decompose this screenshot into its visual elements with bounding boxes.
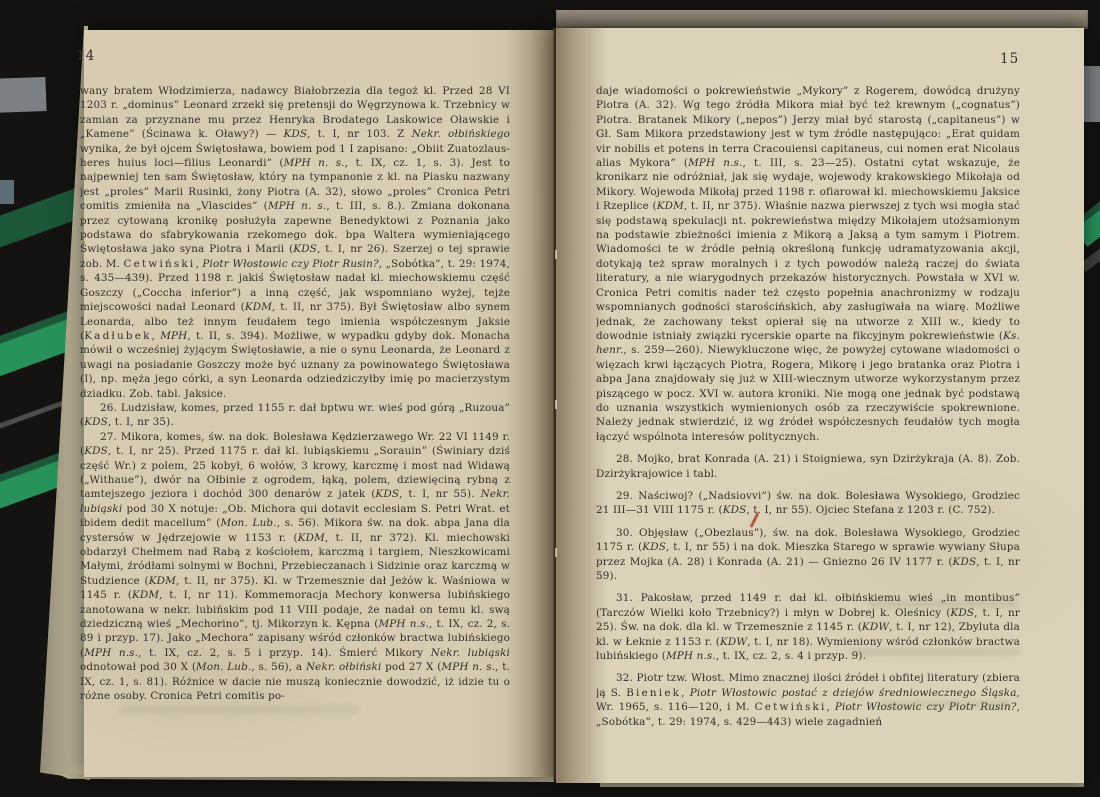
- left-page-text: wany bratem Włodzimierza, nadawcy Białob…: [80, 84, 510, 750]
- text-run: MPH n. s.: [284, 157, 345, 169]
- text-run: MPH n.s.: [666, 650, 716, 662]
- text-run: KDS: [293, 243, 317, 255]
- binding-stitch: [555, 548, 557, 557]
- background-gray-bar-left: [0, 77, 47, 113]
- text-run: MPH n.s.: [378, 618, 428, 630]
- text-run: Bieniek: [626, 687, 681, 699]
- text-run: Piotr Włostowic postać z dziejów średnio…: [690, 687, 1017, 699]
- right-page-text: daje wiadomości o pokrewieństwie „Mykory…: [596, 84, 1020, 760]
- page-stack-edge-top: [556, 10, 1088, 29]
- text-run: KDM: [298, 532, 325, 544]
- text-run: MPH n.s.: [688, 157, 742, 169]
- binding-stitch: [555, 250, 557, 259]
- show-through-smudge: [868, 600, 1018, 608]
- text-run: KDW: [720, 636, 747, 648]
- binding-stitch: [555, 400, 557, 409]
- text-run: Nekr. ołbińskiego: [412, 128, 510, 140]
- paragraph: 27. Mikora, komes, św. na dok. Bolesława…: [80, 430, 510, 704]
- text-run: ,: [681, 687, 690, 699]
- text-run: Piotr Włostowic czy Piotr Rusin?: [202, 258, 378, 270]
- paragraph: daje wiadomości o pokrewieństwie „Mykory…: [596, 84, 1020, 444]
- text-run: , t. II, nr 375). Właśnie nazwa pierwsze…: [596, 200, 1020, 342]
- text-run: Mon. Lub.: [220, 517, 276, 529]
- text-run: KDM: [657, 200, 684, 212]
- text-run: MPH n.s.: [84, 647, 138, 659]
- text-run: KDM: [132, 589, 159, 601]
- text-run: , s. 259—260). Niewykluczone więc, że po…: [596, 344, 1020, 442]
- text-run: , t. IX, cz. 2, s. 4 i przyp. 9).: [716, 650, 866, 662]
- text-run: , t. IX, cz. 2, s. 5 i przyp. 14). Śmier…: [138, 647, 431, 659]
- text-run: KDS: [950, 607, 974, 619]
- text-run: 28. Mojko, brat Konrada (A. 21) i Stoign…: [596, 453, 1020, 479]
- page-number-left: 14: [76, 48, 95, 64]
- text-run: Cetwiński: [755, 701, 827, 713]
- paragraph: 30. Objęsław („Obezlaus”), św. na dok. B…: [596, 526, 1020, 584]
- text-run: MPH: [160, 330, 187, 342]
- text-run: Mon. Lub.: [196, 661, 251, 673]
- text-run: KDS: [375, 488, 399, 500]
- text-run: , t. I, nr 35).: [108, 416, 174, 428]
- background-gray-bar-right: [1082, 66, 1100, 122]
- text-run: KDM: [149, 575, 176, 587]
- paragraph: 28. Mojko, brat Konrada (A. 21) i Stoign…: [596, 452, 1020, 481]
- text-run: ,: [827, 701, 835, 713]
- text-run: KDS: [642, 541, 666, 553]
- book-scan: 14 15 wany bratem Włodzimierza, nadawcy …: [0, 0, 1100, 797]
- show-through-smudge: [850, 648, 1020, 656]
- text-run: MPH n. s.: [268, 200, 327, 212]
- text-run: KDM: [245, 301, 272, 313]
- page-stack-edge-bottom-right: [600, 783, 1084, 787]
- text-run: Kadłubek: [84, 330, 151, 342]
- text-run: , t. I, nr 55).: [399, 488, 480, 500]
- text-run: KDS: [283, 128, 307, 140]
- paragraph: wany bratem Włodzimierza, nadawcy Białob…: [80, 84, 510, 401]
- paragraph: 29. Naściwoj? („Nadsiovvi”) św. na dok. …: [596, 489, 1020, 518]
- text-run: Nekr. lubiąski: [431, 647, 510, 659]
- background-gray-square-left: [0, 180, 14, 204]
- paragraph: 26. Ludzisław, komes, przed 1155 r. dał …: [80, 401, 510, 430]
- text-run: Nekr. ołbiński: [306, 661, 382, 673]
- text-run: odnotował pod 30 X (: [80, 661, 196, 673]
- text-run: ,: [152, 330, 161, 342]
- text-run: , s. 56), a: [251, 661, 306, 673]
- page-number-right: 15: [1000, 51, 1019, 67]
- text-run: KDS: [953, 556, 977, 568]
- text-run: , t. I, nr 103. Z: [307, 128, 411, 140]
- text-run: KDS: [84, 416, 108, 428]
- text-run: KDS: [84, 445, 108, 457]
- text-run: , t. I, nr 55). Ojciec Stefana z 1203 r.…: [746, 504, 995, 516]
- show-through-smudge: [120, 706, 360, 714]
- text-run: KDW: [862, 621, 889, 633]
- text-run: KDS: [723, 504, 747, 516]
- text-run: Cetwiński: [124, 258, 196, 270]
- text-run: pod 27 X (: [381, 661, 441, 673]
- text-run: MPH n. s.: [441, 661, 495, 673]
- gutter-shadow-left: [506, 30, 554, 777]
- show-through-smudge: [880, 700, 1010, 708]
